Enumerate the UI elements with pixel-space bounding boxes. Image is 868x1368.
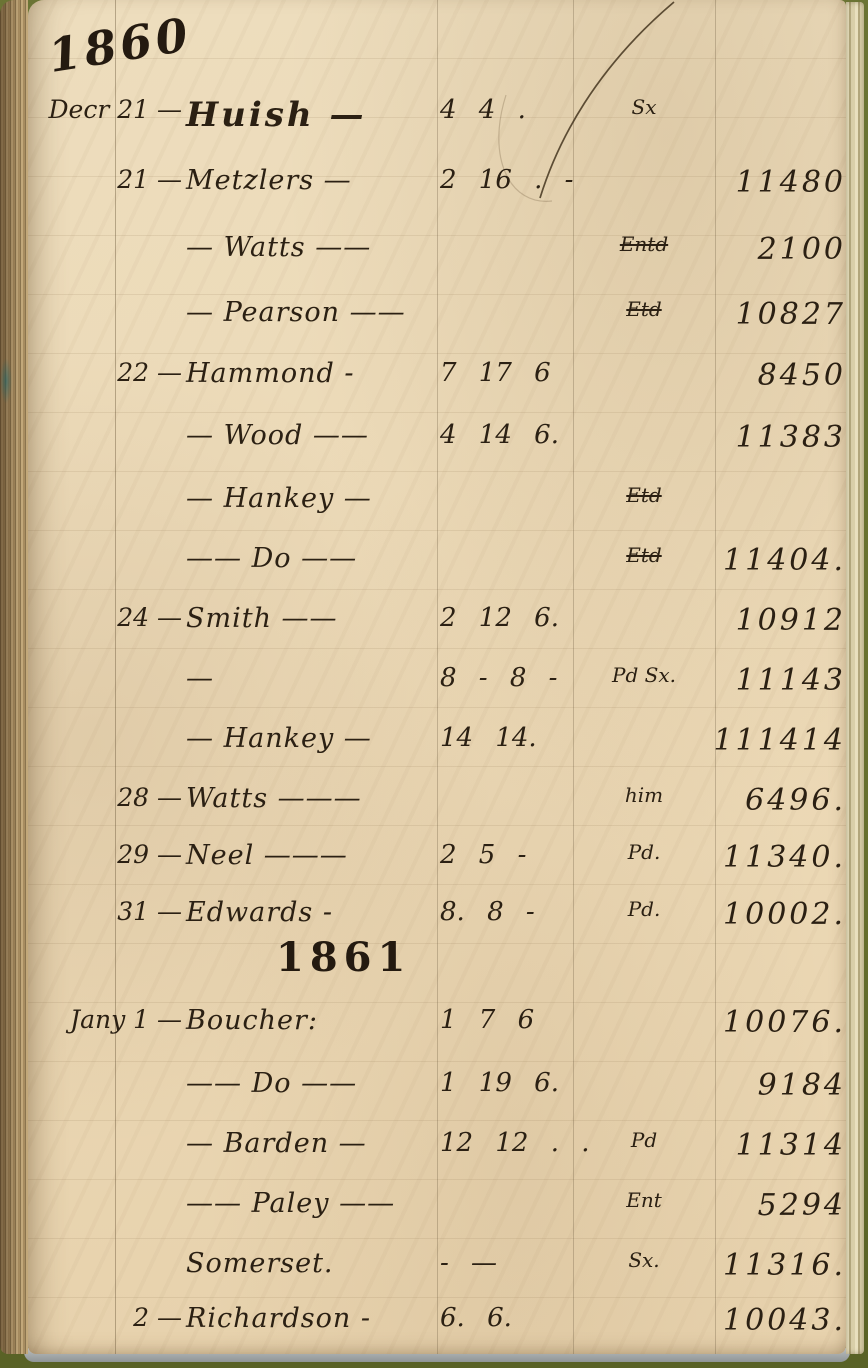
entry-folio: 11404. xyxy=(678,543,846,578)
entry-name: —— Do —— xyxy=(186,543,357,574)
ledger-row: 29 — Neel ——— 2 5 - Pd. 11340. xyxy=(28,840,846,896)
entry-amount: 2 5 - xyxy=(440,840,580,870)
entry-date: 29 — xyxy=(30,840,182,869)
entry-amount: 8 - 8 - xyxy=(440,663,580,693)
entry-folio: 10827 xyxy=(678,297,846,332)
entry-amount: 14 14. xyxy=(440,723,580,753)
entry-folio: 8450 xyxy=(678,358,846,393)
ledger-row: — Hankey — 14 14. 111414 xyxy=(28,723,846,779)
entry-folio: 11314 xyxy=(678,1128,846,1163)
ledger-row: 2 — Richardson - 6. 6. 10043. xyxy=(28,1303,846,1359)
entry-note: Sx xyxy=(573,95,715,119)
entry-date: 21 — xyxy=(30,165,182,194)
entry-folio: 11340. xyxy=(678,840,846,875)
entry-name: — Hankey — xyxy=(186,483,372,514)
paper-sheet: 1860 Decr 21 — Huish — 4 4 . Sx 21 — Met… xyxy=(28,0,846,1354)
entry-name: — Barden — xyxy=(186,1128,367,1159)
entry-date: Decr 21 — xyxy=(30,95,182,124)
entry-amount: 4 14 6. xyxy=(440,420,580,450)
entry-amount: 7 17 6 xyxy=(440,358,580,388)
entry-folio: 10912 xyxy=(678,603,846,638)
entry-amount: 2 16 . - xyxy=(440,165,580,195)
entry-name: Metzlers — xyxy=(186,165,352,196)
page-edges-right xyxy=(846,2,864,1354)
entry-amount: 8. 8 - xyxy=(440,897,580,927)
ledger-row: 28 — Watts ——— him 6496. xyxy=(28,783,846,839)
entry-date: 2 — xyxy=(30,1303,182,1332)
entry-name: Somerset. xyxy=(186,1248,334,1279)
entry-name: Edwards - xyxy=(186,897,333,928)
entry-folio: 10002. xyxy=(678,897,846,932)
entry-folio: 11383 xyxy=(678,420,846,455)
entry-folio: 11316. xyxy=(678,1248,846,1283)
entry-name: Hammond - xyxy=(186,358,354,389)
entry-folio: 11143 xyxy=(678,663,846,698)
year-header-1860: 1860 xyxy=(45,7,196,83)
entry-date: Jany 1 — xyxy=(30,1005,182,1034)
entry-amount: 12 12 . . xyxy=(440,1128,580,1158)
entry-name: Neel ——— xyxy=(186,840,348,871)
entry-name: — Watts —— xyxy=(186,232,371,263)
entry-name: — Pearson —— xyxy=(186,297,406,328)
ink-smudge xyxy=(0,358,12,404)
entry-folio: 11480 xyxy=(678,165,846,200)
entry-name: —— Do —— xyxy=(186,1068,357,1099)
ledger-row: —— Do —— 1 19 6. 9184 xyxy=(28,1068,846,1124)
entry-amount: 1 19 6. xyxy=(440,1068,580,1098)
ledger-row: Decr 21 — Huish — 4 4 . Sx xyxy=(28,95,846,151)
entry-folio: 6496. xyxy=(678,783,846,818)
ledger-row: — Hankey — Etd xyxy=(28,483,846,539)
ledger-row: 21 — Metzlers — 2 16 . - 11480 xyxy=(28,165,846,221)
entry-folio: 111414 xyxy=(678,723,846,758)
entry-name: Smith —— xyxy=(186,603,338,634)
entry-name: —— Paley —— xyxy=(186,1188,395,1219)
entry-name: Richardson - xyxy=(186,1303,371,1334)
ledger-row: Jany 1 — Boucher: 1 7 6 10076. xyxy=(28,1005,846,1061)
ledger-row: 31 — Edwards - 8. 8 - Pd. 10002. xyxy=(28,897,846,953)
entry-name: — xyxy=(186,663,214,694)
entry-amount: 1 7 6 xyxy=(440,1005,580,1035)
book-spine-edge xyxy=(0,0,28,1354)
year-header-1861: 1861 xyxy=(276,934,411,981)
ledger-row: — Wood —— 4 14 6. 11383 xyxy=(28,420,846,476)
ledger-row: 24 — Smith —— 2 12 6. 10912 xyxy=(28,603,846,659)
entry-note: Etd xyxy=(573,483,715,507)
ledger-row: —— Paley —— Ent 5294 xyxy=(28,1188,846,1244)
entry-amount: 6. 6. xyxy=(440,1303,580,1333)
entry-folio: 10043. xyxy=(678,1303,846,1338)
entry-date: 24 — xyxy=(30,603,182,632)
entry-name: Watts ——— xyxy=(186,783,362,814)
ledger-row: — Watts —— Entd 2100 xyxy=(28,232,846,288)
entry-amount: - — xyxy=(440,1248,580,1278)
ledger-row: — Barden — 12 12 . . Pd 11314 xyxy=(28,1128,846,1184)
ledger-row: —— Do —— Etd 11404. xyxy=(28,543,846,599)
entry-name: Boucher: xyxy=(186,1005,318,1036)
entry-name: Huish — xyxy=(186,95,366,135)
ledger-row: 22 — Hammond - 7 17 6 8450 xyxy=(28,358,846,414)
ledger-page: 1860 Decr 21 — Huish — 4 4 . Sx 21 — Met… xyxy=(0,0,868,1368)
entry-name: — Wood —— xyxy=(186,420,369,451)
entry-amount: 2 12 6. xyxy=(440,603,580,633)
entry-date: 22 — xyxy=(30,358,182,387)
ledger-row: Somerset. - — Sx. 11316. xyxy=(28,1248,846,1304)
entry-date: 28 — xyxy=(30,783,182,812)
entry-amount: 4 4 . xyxy=(440,95,580,125)
entry-date: 31 — xyxy=(30,897,182,926)
entry-name: — Hankey — xyxy=(186,723,372,754)
entry-folio: 10076. xyxy=(678,1005,846,1040)
entry-folio: 2100 xyxy=(678,232,846,267)
entry-folio: 9184 xyxy=(678,1068,846,1103)
entry-folio: 5294 xyxy=(678,1188,846,1223)
ledger-row: — 8 - 8 - Pd Sx. 11143 xyxy=(28,663,846,719)
ledger-row: — Pearson —— Etd 10827 xyxy=(28,297,846,353)
